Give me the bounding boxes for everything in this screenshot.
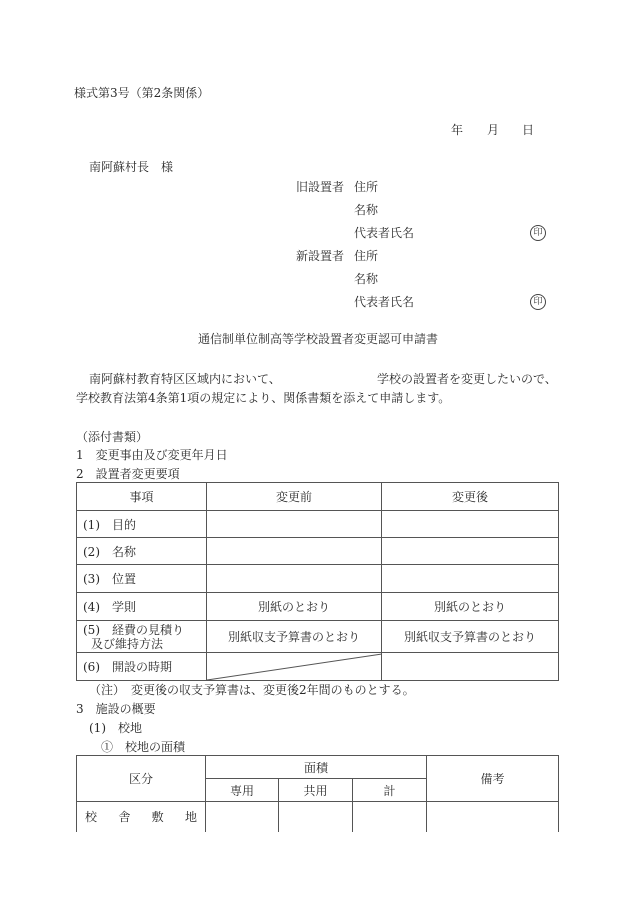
header-shared: 共用 [279,779,353,802]
item-3-1-1: ① 校地の面積 [101,740,185,754]
row-exclusive[interactable] [206,802,279,832]
row-after[interactable] [382,565,559,593]
row-item: (5) 経費の見積り 及び維持方法 [77,621,207,653]
addressee: 南阿蘇村長 様 [89,160,173,174]
row-before[interactable] [207,538,382,565]
header-total: 計 [353,779,427,802]
date-day-label: 日 [522,123,534,137]
row-remarks[interactable] [427,802,559,832]
row-after: 別紙のとおり [382,593,559,621]
category-char: 地 [185,808,197,825]
body-line1-part2: 学校の設置者を変更したいので、 [377,372,557,386]
header-item: 事項 [77,483,207,511]
row-shared[interactable] [279,802,353,832]
header-category: 区分 [77,756,206,802]
form-number: 様式第3号（第2条関係） [74,86,209,100]
row-item-line2: 及び維持方法 [83,637,200,651]
table-row: (5) 経費の見積り 及び維持方法 別紙収支予算書のとおり 別紙収支予算書のとお… [77,621,559,653]
row-before: 別紙収支予算書のとおり [207,621,382,653]
old-name-label: 名称 [354,203,378,217]
row-before[interactable] [207,565,382,593]
seal-icon: 印 [530,225,546,241]
old-representative-label: 代表者氏名 [354,226,414,240]
table-header-row: 事項 変更前 変更後 [77,483,559,511]
item-1: 1 変更事由及び変更年月日 [76,448,228,462]
new-address-label: 住所 [354,249,378,263]
old-address-label: 住所 [354,180,378,194]
row-after: 別紙収支予算書のとおり [382,621,559,653]
table-row: (4) 学則 別紙のとおり 別紙のとおり [77,593,559,621]
row-after[interactable] [382,538,559,565]
table-note: （注） 変更後の収支予算書は、変更後2年間のものとする。 [89,683,415,697]
row-before: 別紙のとおり [207,593,382,621]
category-char: 校 [85,808,97,825]
category-char: 舎 [118,808,130,825]
table-row: (3) 位置 [77,565,559,593]
row-category: 校 舎 敷 地 [77,802,206,832]
row-item: (4) 学則 [77,593,207,621]
table-header-row: 区分 面積 備考 [77,756,559,779]
row-total[interactable] [353,802,427,832]
header-remarks: 備考 [427,756,559,802]
row-item: (2) 名称 [77,538,207,565]
new-applicant-label: 新設置者 [296,249,344,263]
category-char: 敷 [152,808,164,825]
row-after[interactable] [382,511,559,538]
row-before-crossed [207,653,382,681]
header-exclusive: 専用 [206,779,279,802]
new-representative-label: 代表者氏名 [354,295,414,309]
table-row: (1) 目的 [77,511,559,538]
row-after[interactable] [382,653,559,681]
item-2: 2 設置者変更要項 [76,467,180,481]
row-item: (1) 目的 [77,511,207,538]
date-year-label: 年 [451,123,463,137]
seal-icon: 印 [530,294,546,310]
row-item: (6) 開設の時期 [77,653,207,681]
document-title: 通信制単位制高等学校設置者変更認可申請書 [198,332,438,346]
table-row: (6) 開設の時期 [77,653,559,681]
old-applicant-label: 旧設置者 [296,180,344,194]
diagonal-strike [207,653,382,681]
table-row: (2) 名称 [77,538,559,565]
row-item: (3) 位置 [77,565,207,593]
header-before: 変更前 [207,483,382,511]
table-row: 校 舎 敷 地 [77,802,559,832]
item-3: 3 施設の概要 [76,702,156,716]
row-item-line1: (5) 経費の見積り [83,623,200,637]
item-3-1: (1) 校地 [89,721,142,735]
body-line2: 学校教育法第4条第1項の規定により、関係書類を添えて申請します。 [76,391,450,405]
attachments-heading: （添付書類） [76,430,148,444]
row-before[interactable] [207,511,382,538]
area-table: 区分 面積 備考 専用 共用 計 校 舎 敷 地 [76,755,559,832]
date-month-label: 月 [487,123,499,137]
body-line1-part1: 南阿蘇村教育特区区域内において、 [89,372,281,386]
header-area: 面積 [206,756,427,779]
new-name-label: 名称 [354,272,378,286]
change-table: 事項 変更前 変更後 (1) 目的 (2) 名称 (3) 位置 (4) 学則 別… [76,482,559,681]
header-after: 変更後 [382,483,559,511]
